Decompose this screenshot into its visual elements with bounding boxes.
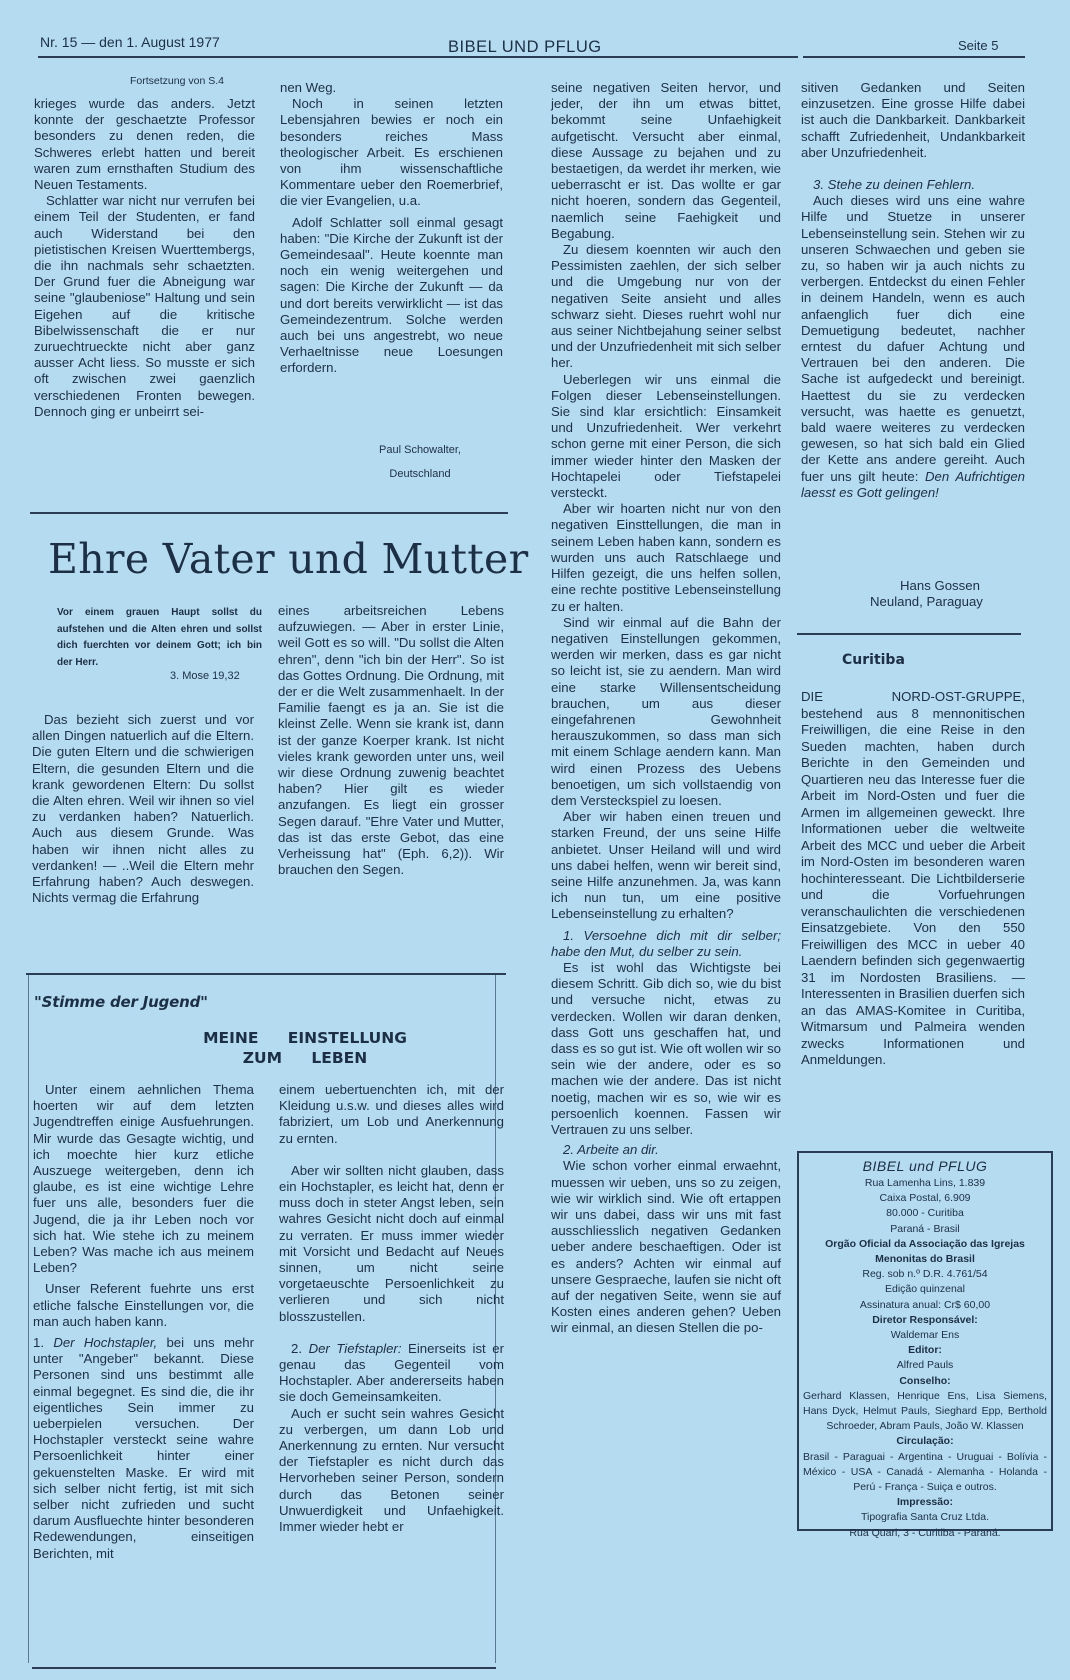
paragraph-text: Auch dieses wird uns eine wahre Hilfe un…: [801, 193, 1025, 483]
impressum-box: BIBEL und PFLUG Rua Lamenha Lins, 1.839 …: [797, 1151, 1053, 1531]
paragraph: DIE NORD-OST-GRUPPE, bestehend aus 8 men…: [801, 689, 1025, 1069]
paragraph: Aber wir haben einen treuen und starken …: [551, 809, 781, 922]
paragraph: Unter einem aehnlichen Thema hoerten wir…: [33, 1082, 254, 1276]
director-name: Waldemar Ens: [799, 1328, 1051, 1343]
subheading: 3. Stehe zu deinen Fehlern.: [801, 177, 1025, 193]
paragraph-text: bei uns mehr unter "Angeber" bekannt. Di…: [33, 1335, 254, 1561]
subheading: Der Hochstapler,: [53, 1335, 157, 1350]
section-label: "Stimme der Jugend": [34, 993, 208, 1011]
ehre-col1: Das bezieht sich zuerst und vor allen Di…: [32, 712, 254, 906]
list-number: 2.: [291, 1341, 309, 1356]
article-title: Ehre Vater und Mutter: [48, 535, 528, 583]
council-label: Conselho:: [799, 1374, 1051, 1389]
impressum-title: BIBEL und PFLUG: [799, 1156, 1051, 1176]
address-line: 80.000 - Curitiba: [799, 1206, 1051, 1221]
schlatter-col1: krieges wurde das anders. Jetzt konnte d…: [34, 96, 255, 420]
paragraph: Wie schon vorher einmal erwaehnt, muesse…: [551, 1158, 781, 1336]
header-rule: [38, 56, 798, 58]
schlatter-col2: nen Weg. Noch in seinen letzten Lebensja…: [280, 80, 503, 377]
editor-name: Alfred Pauls: [799, 1358, 1051, 1373]
paragraph: Unser Referent fuehrte uns erst etliche …: [33, 1281, 254, 1330]
jugend-col1: Unter einem aehnlichen Thema hoerten wir…: [33, 1082, 254, 1562]
paragraph: Sind wir einmal auf die Bahn der negativ…: [551, 615, 781, 809]
ehre-col2: eines arbeitsreichen Lebens aufzuwiegen.…: [278, 603, 504, 878]
author-country: Deutschland: [350, 468, 490, 480]
title-line: ZUM LEBEN: [180, 1048, 430, 1068]
newspaper-page: Nr. 15 — den 1. August 1977 BIBEL UND PF…: [0, 0, 1070, 1680]
paragraph: krieges wurde das anders. Jetzt konnte d…: [34, 96, 255, 193]
section-divider: [30, 512, 508, 514]
subheading: Der Tiefstapler:: [309, 1341, 402, 1356]
article-heading: Curitiba: [842, 652, 905, 668]
paragraph: Das bezieht sich zuerst und vor allen Di…: [32, 712, 254, 906]
address-line: Rua Lamenha Lins, 1.839: [799, 1176, 1051, 1191]
paragraph: eines arbeitsreichen Lebens aufzuwiegen.…: [278, 603, 504, 878]
author-name: Hans Gossen: [900, 578, 980, 593]
title-line: MEINE EINSTELLUNG: [180, 1028, 430, 1048]
registration: Reg. sob n.º D.R. 4.761/54: [799, 1267, 1051, 1282]
circulation-countries: Brasil - Paraguai - Argentina - Uruguai …: [799, 1450, 1051, 1496]
author-place: Neuland, Paraguay: [870, 594, 983, 609]
section-divider: [797, 633, 1021, 635]
subheading: 2. Arbeite an dir.: [551, 1142, 781, 1158]
paragraph: 1. Der Hochstapler, bei uns mehr unter "…: [33, 1335, 254, 1562]
subscription: Assinatura anual: Cr$ 60,00: [799, 1298, 1051, 1313]
paragraph: Noch in seinen letzten Lebensjahren bewi…: [280, 96, 503, 209]
paragraph: nen Weg.: [280, 80, 503, 96]
paragraph: Auch er sucht sein wahres Gesicht zu ver…: [279, 1406, 504, 1536]
issue-date: Nr. 15 — den 1. August 1977: [40, 34, 220, 50]
article-title: MEINE EINSTELLUNG ZUM LEBEN: [180, 1028, 430, 1068]
paragraph: Ueberlegen wir uns einmal die Folgen die…: [551, 372, 781, 502]
paragraph: Schlatter war nicht nur verrufen bei ein…: [34, 193, 255, 420]
paragraph: einem uebertuenchten ich, mit der Kleidu…: [279, 1082, 504, 1147]
edition: Edição quinzenal: [799, 1282, 1051, 1297]
printer-address: Rua Quari, 3 - Curitiba - Paraná.: [799, 1526, 1051, 1541]
director-label: Diretor Responsável:: [799, 1313, 1051, 1328]
continuation-note: Fortsetzung von S.4: [130, 75, 224, 87]
editor-label: Editor:: [799, 1343, 1051, 1358]
page-number: Seite 5: [958, 38, 998, 53]
subheading: 1. Versoehne dich mit dir selber; habe d…: [551, 928, 781, 960]
paragraph: Adolf Schlatter soll einmal gesagt haben…: [280, 215, 503, 377]
paragraph: Aber wir sollten nicht glauben, dass ein…: [279, 1163, 504, 1325]
paragraph: Zu diesem koennten wir auch den Pessimis…: [551, 242, 781, 372]
jugend-col3: seine negativen Seiten hervor, und jeder…: [551, 80, 781, 1337]
jugend-col2: einem uebertuenchten ich, mit der Kleidu…: [279, 1082, 504, 1535]
paragraph: 2. Der Tiefstapler: Einerseits ist er ge…: [279, 1341, 504, 1406]
publication-title: BIBEL UND PFLUG: [448, 38, 602, 57]
bible-reference: 3. Mose 19,32: [170, 670, 240, 682]
paragraph: Es ist wohl das Wichtigste bei diesem Sc…: [551, 960, 781, 1138]
jugend-col4: sitiven Gedanken und Seiten einzusetzen.…: [801, 80, 1025, 501]
bible-motto: Vor einem grauen Haupt sollst du aufsteh…: [57, 605, 262, 672]
paragraph: Aber wir hoarten nicht nur von den negat…: [551, 501, 781, 614]
paragraph: Auch dieses wird uns eine wahre Hilfe un…: [801, 193, 1025, 501]
address-line: Caixa Postal, 6.909: [799, 1191, 1051, 1206]
circulation-label: Circulação:: [799, 1434, 1051, 1449]
author-name: Paul Schowalter,: [350, 444, 490, 456]
address-line: Paraná - Brasil: [799, 1222, 1051, 1237]
printer-name: Tipografia Santa Cruz Ltda.: [799, 1510, 1051, 1525]
curitiba-body: DIE NORD-OST-GRUPPE, bestehend aus 8 men…: [801, 689, 1025, 1069]
organ-statement: Orgão Oficial da Associação das Igrejas …: [799, 1237, 1051, 1267]
list-number: 1.: [33, 1335, 53, 1350]
box-bottom-rule: [32, 1667, 496, 1669]
paragraph: seine negativen Seiten hervor, und jeder…: [551, 80, 781, 242]
paragraph: sitiven Gedanken und Seiten einzusetzen.…: [801, 80, 1025, 161]
council-names: Gerhard Klassen, Henrique Ens, Lisa Siem…: [799, 1389, 1051, 1435]
header-rule-right: [803, 56, 1025, 58]
print-label: Impressão:: [799, 1495, 1051, 1510]
